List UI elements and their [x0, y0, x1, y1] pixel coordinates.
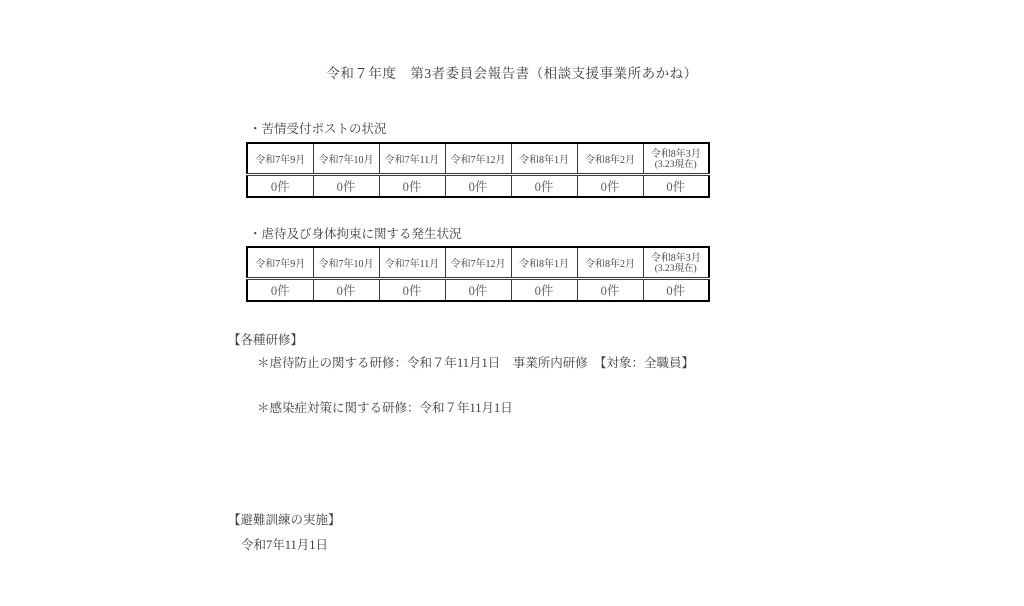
column-header: 令和8年3月 (3.23現在) — [643, 143, 709, 174]
column-header-line2: (3.23現在) — [644, 160, 709, 171]
count-cell: 0件 — [445, 174, 511, 197]
abuse-section-heading: ・虐待及び身体拘束に関する発生状況 — [249, 224, 462, 242]
column-header: 令和7年11月 — [379, 247, 445, 278]
training-item-infection-control: ＊感染症対策に関する研修：令和７年11月1日 — [257, 398, 513, 416]
drill-section-heading: 【避難訓練の実施】 — [228, 510, 341, 528]
column-header: 令和7年10月 — [313, 143, 379, 174]
column-header: 令和7年12月 — [445, 247, 511, 278]
abuse-table-header-row: 令和7年9月 令和7年10月 令和7年11月 令和7年12月 令和8年1月 令和… — [247, 247, 709, 278]
count-cell: 0件 — [247, 278, 313, 301]
column-header: 令和8年2月 — [577, 143, 643, 174]
count-cell: 0件 — [577, 174, 643, 197]
count-cell: 0件 — [313, 278, 379, 301]
drill-date: 令和7年11月1日 — [241, 535, 328, 553]
column-header-line1: 令和8年3月 — [651, 253, 701, 264]
count-cell: 0件 — [577, 278, 643, 301]
column-header-line1: 令和8年3月 — [651, 149, 701, 160]
column-header: 令和7年12月 — [445, 143, 511, 174]
document-title: 令和７年度 第3者委員会報告書（相談支援事業所あかね） — [0, 62, 1024, 82]
count-cell: 0件 — [643, 174, 709, 197]
abuse-table: 令和7年9月 令和7年10月 令和7年11月 令和7年12月 令和8年1月 令和… — [246, 246, 710, 302]
count-cell: 0件 — [247, 174, 313, 197]
column-header: 令和7年9月 — [247, 143, 313, 174]
column-header: 令和8年3月 (3.23現在) — [643, 247, 709, 278]
count-cell: 0件 — [313, 174, 379, 197]
count-cell: 0件 — [379, 174, 445, 197]
column-header: 令和8年1月 — [511, 247, 577, 278]
count-cell: 0件 — [643, 278, 709, 301]
training-item-abuse-prevention: ＊虐待防止の関する研修：令和７年11月1日 事業所内研修 【対象：全職員】 — [257, 353, 694, 371]
column-header-line2: (3.23現在) — [644, 264, 709, 275]
count-cell: 0件 — [511, 278, 577, 301]
count-cell: 0件 — [445, 278, 511, 301]
column-header: 令和7年9月 — [247, 247, 313, 278]
training-section-heading: 【各種研修】 — [228, 330, 303, 348]
count-cell: 0件 — [379, 278, 445, 301]
abuse-table-value-row: 0件 0件 0件 0件 0件 0件 0件 — [247, 278, 709, 301]
complaints-table: 令和7年9月 令和7年10月 令和7年11月 令和7年12月 令和8年1月 令和… — [246, 142, 710, 198]
complaints-table-header-row: 令和7年9月 令和7年10月 令和7年11月 令和7年12月 令和8年1月 令和… — [247, 143, 709, 174]
complaints-section-heading: ・苦情受付ポストの状況 — [249, 119, 387, 137]
count-cell: 0件 — [511, 174, 577, 197]
document-page: 令和７年度 第3者委員会報告書（相談支援事業所あかね） ・苦情受付ポストの状況 … — [0, 0, 1024, 606]
complaints-table-value-row: 0件 0件 0件 0件 0件 0件 0件 — [247, 174, 709, 197]
column-header: 令和8年1月 — [511, 143, 577, 174]
column-header: 令和7年11月 — [379, 143, 445, 174]
column-header: 令和8年2月 — [577, 247, 643, 278]
column-header: 令和7年10月 — [313, 247, 379, 278]
